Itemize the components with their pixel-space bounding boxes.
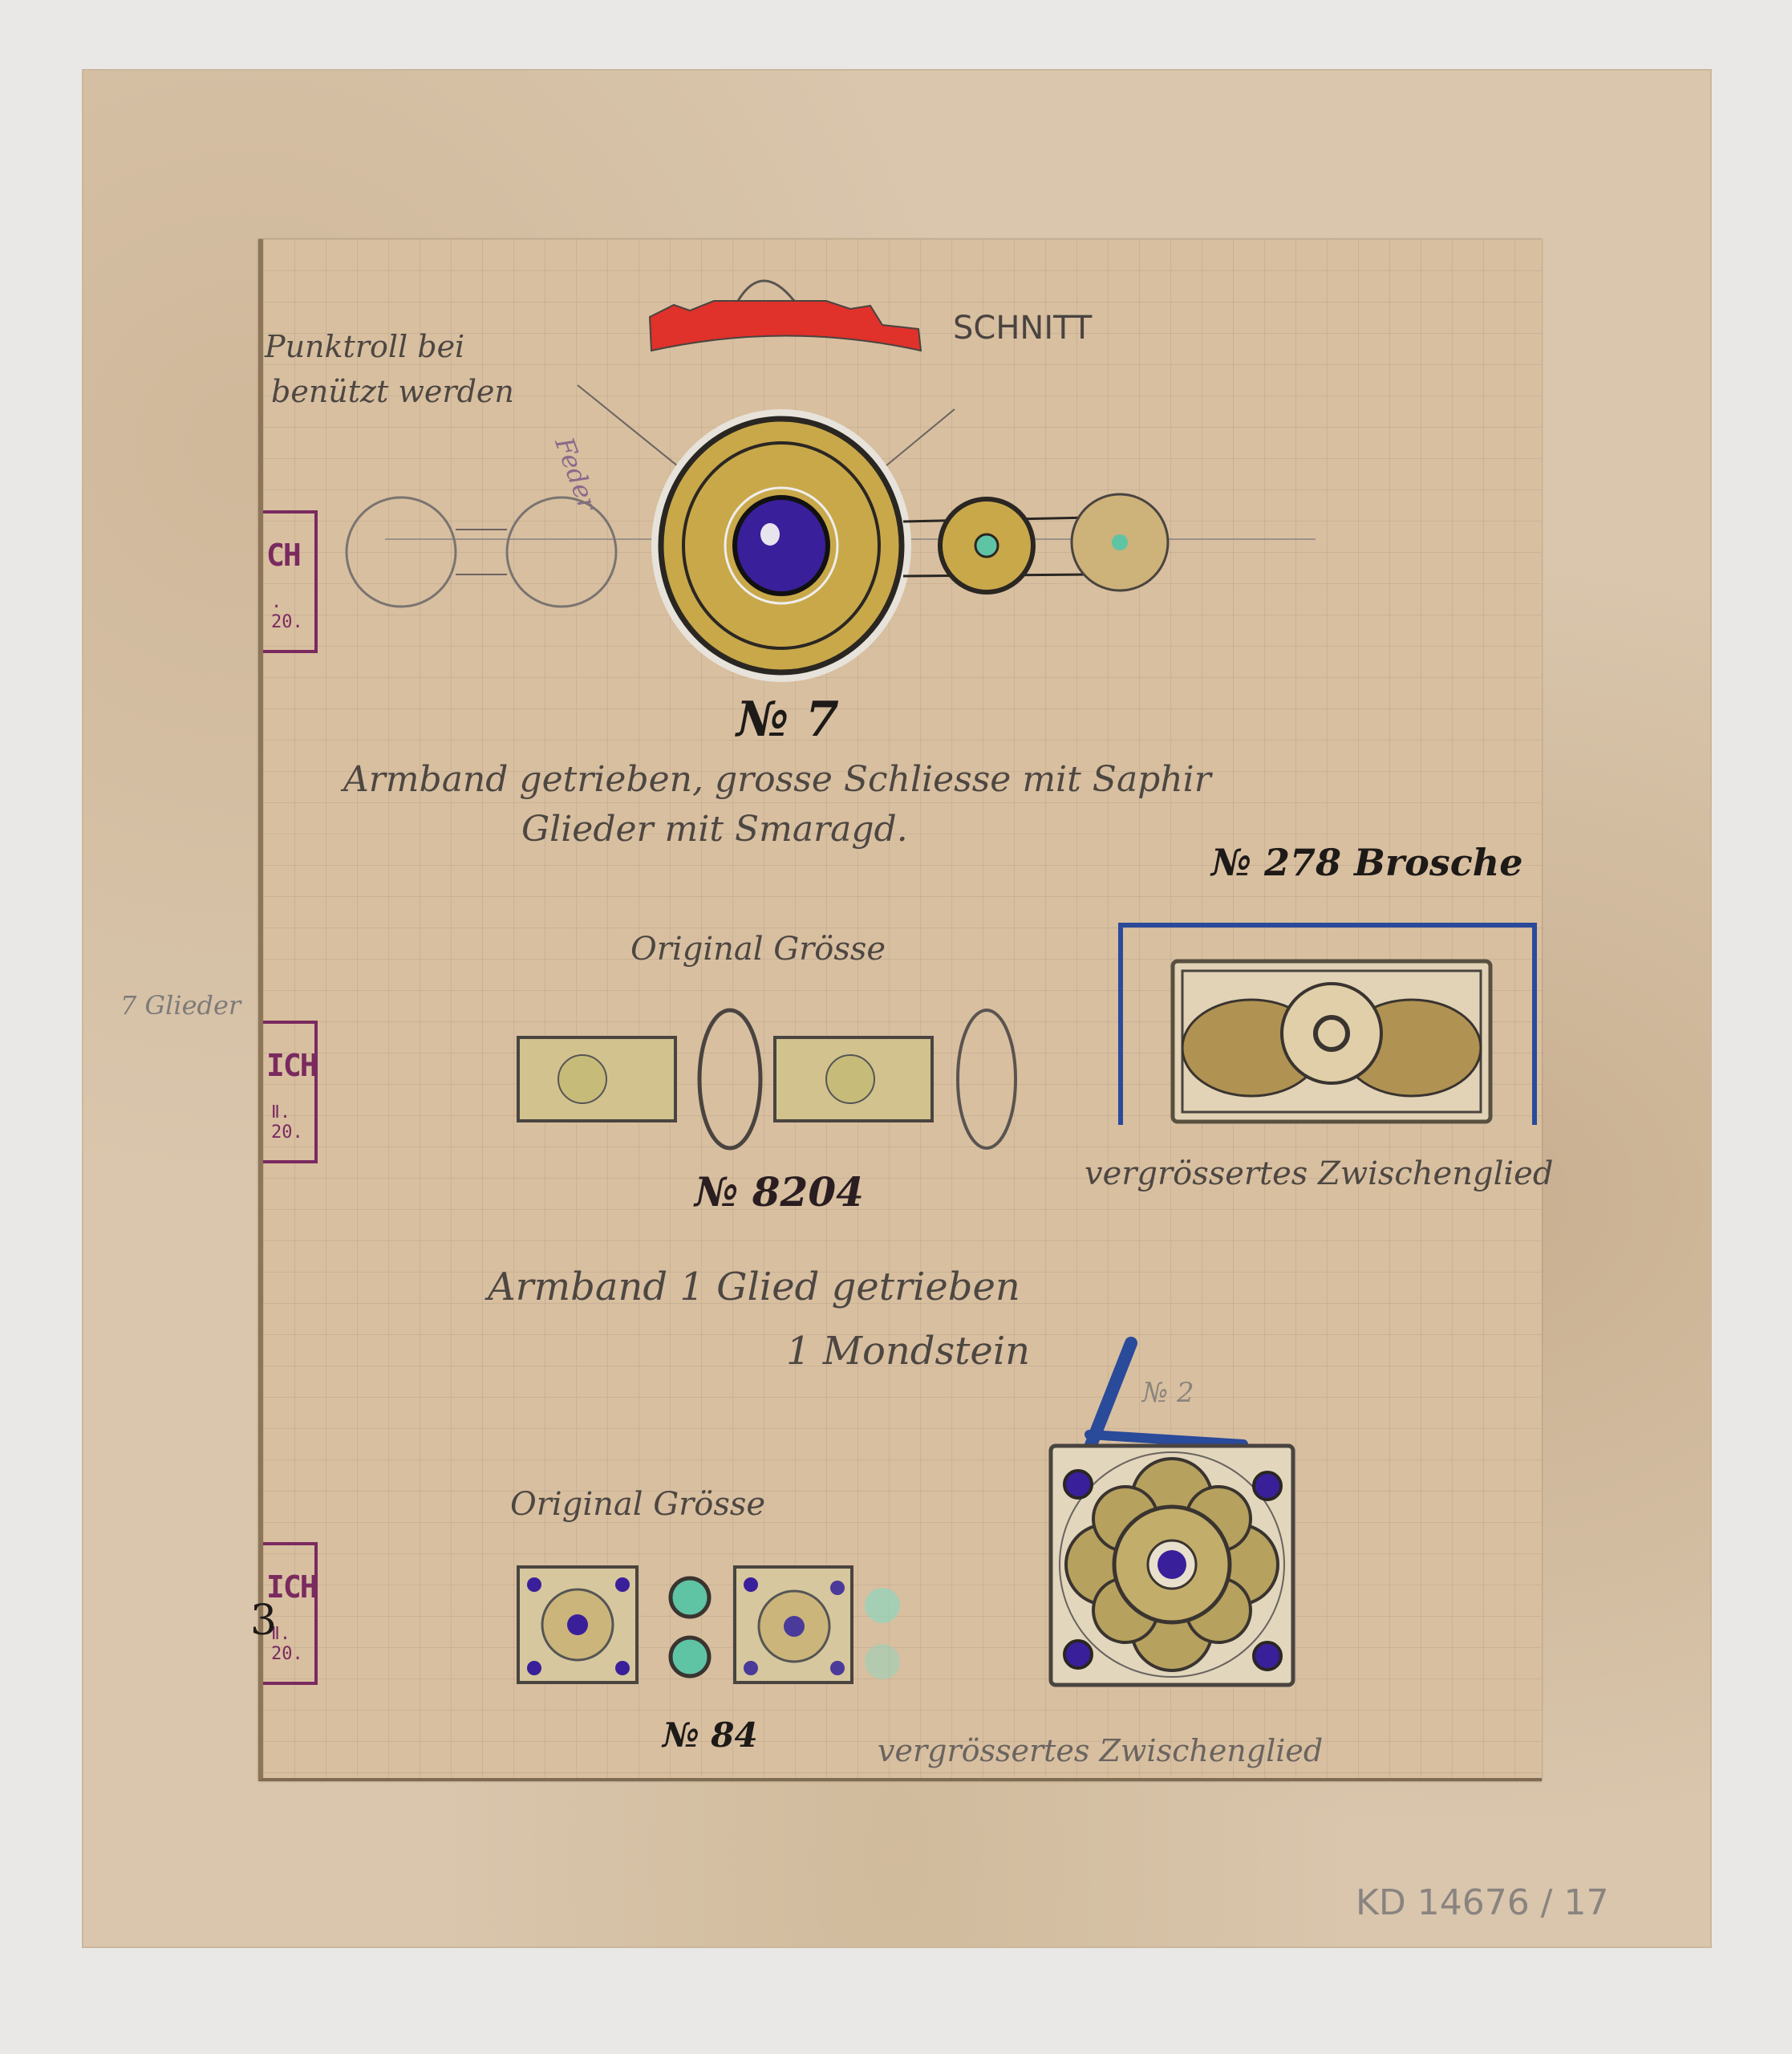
stamp-date: . 20. [271, 592, 314, 632]
section-profile-drawing [642, 261, 930, 357]
design-2-number: № 8204 [695, 1168, 864, 1216]
margin-note: 7 Glieder [120, 990, 241, 1021]
archive-number: KD 14676 / 17 [1356, 1882, 1608, 1923]
enlarged-rosette-drawing [1048, 1443, 1296, 1688]
design-1-caption-line-2: Glieder mit Smaragd. [521, 809, 908, 850]
stamp-text: ICH [266, 1048, 317, 1083]
note-line-1: Punktroll bei [265, 329, 464, 364]
section-label: SCHNITT [953, 310, 1092, 347]
design-3-number: № 278 Brosche [1211, 841, 1522, 884]
design-4-number: № 2 [1142, 1377, 1194, 1409]
margin-number: 3 [250, 1597, 277, 1645]
design-2-caption-line-2: 1 Mondstein [786, 1329, 1030, 1374]
design-4-enlarged-label: vergrössertes Zwischenglied [878, 1733, 1323, 1768]
design-2-size-label: Original Grösse [630, 931, 886, 968]
design-3-enlarged-label: vergrössertes Zwischenglied [1085, 1155, 1553, 1192]
archive-stamp-2: ICH Ⅱ. 20. [263, 1021, 318, 1163]
design-1-caption-line-1: Armband getrieben, grosse Schliesse mit … [343, 759, 1211, 800]
archive-stamp-1: CH . 20. [263, 510, 318, 653]
stamp-text: CH [266, 538, 300, 573]
bracelet-clasp-drawing [337, 385, 1348, 690]
brooch-drawing [1171, 960, 1492, 1123]
design-1-number: № 7 [736, 692, 839, 748]
bracelet-link-drawing [505, 999, 1019, 1151]
stamp-date: Ⅱ. 20. [271, 1102, 314, 1143]
design-4-mark: № 84 [663, 1715, 758, 1755]
stamp-date: Ⅱ. 20. [271, 1624, 314, 1664]
design-4-size-label: Original Grösse [510, 1486, 765, 1523]
bracelet-rosette-drawing [513, 1561, 898, 1689]
design-2-caption-line-1: Armband 1 Glied getrieben [488, 1264, 1020, 1309]
